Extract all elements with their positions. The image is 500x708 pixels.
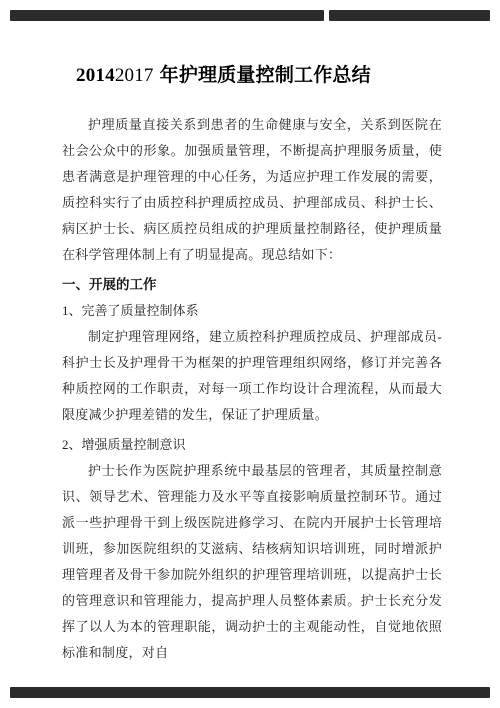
item-heading-1: 1、完善了质量控制体系: [62, 298, 442, 324]
bottom-dark-bar: [10, 687, 490, 698]
page-title: 20142017年护理质量控制工作总结: [76, 62, 442, 90]
intro-paragraph: 护理质量直接关系到患者的生命健康与安全，关系到医院在社会公众中的形象。加强质量管…: [62, 112, 442, 268]
title-year-regular: 2017: [115, 65, 154, 86]
document-content: 20142017年护理质量控制工作总结 护理质量直接关系到患者的生命健康与安全，…: [62, 62, 442, 666]
section-heading-1: 一、开展的工作: [62, 272, 442, 298]
item-1-paragraph: 制定护理管理网络，建立质控科护理质控成员、护理部成员-科护士长及护理骨干为框架的…: [62, 324, 442, 428]
item-heading-2: 2、增强质量控制意识: [62, 432, 442, 458]
bottom-dark-bar-segment: [10, 687, 490, 698]
top-dark-bar-left-segment: [10, 10, 324, 21]
title-year-bold: 2014: [76, 65, 115, 86]
document-page: 20142017年护理质量控制工作总结 护理质量直接关系到患者的生命健康与安全，…: [0, 0, 500, 708]
top-dark-bar: [10, 10, 490, 21]
top-dark-bar-right-segment: [329, 10, 490, 21]
item-2-paragraph: 护士长作为医院护理系统中最基层的管理者，其质量控制意识、领导艺术、管理能力及水平…: [62, 458, 442, 666]
title-text: 年护理质量控制工作总结: [160, 65, 371, 86]
